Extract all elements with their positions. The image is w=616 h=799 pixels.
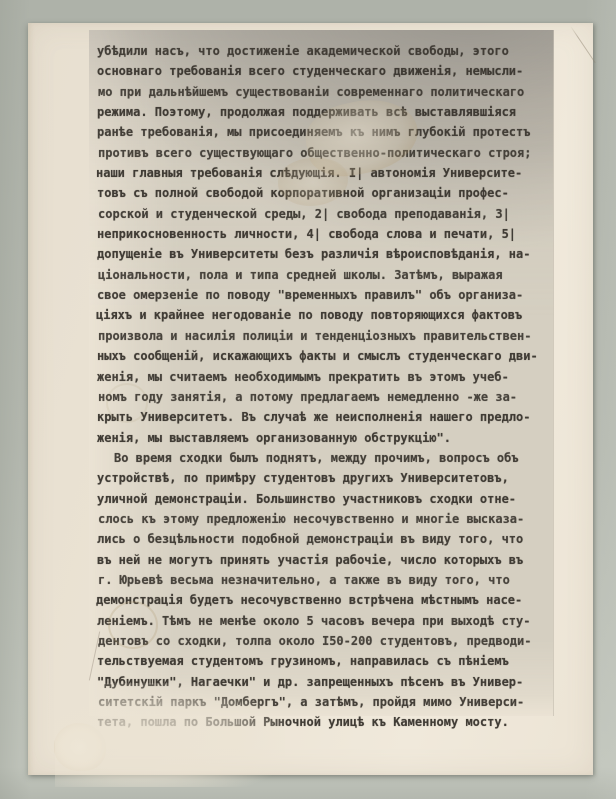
- text-line: г. Юрьевѣ весьма незначительно, а также …: [98, 570, 549, 590]
- text-line: женія, мы считаемъ необходимымъ прекрати…: [97, 367, 549, 387]
- text-line: свое омерзеніе по поводу "временныхъ пра…: [97, 285, 549, 305]
- text-line: Во время сходки былъ поднятъ, между проч…: [96, 448, 549, 468]
- text-line: убѣдили насъ, что достиженіе академическ…: [97, 41, 549, 61]
- text-line: лись о безцѣльности подобной демонстраці…: [97, 529, 549, 549]
- text-line: сорской и студенческой среды, 2| свобода…: [98, 204, 549, 224]
- text-line: "Дубинушки", Нагаечки" и др. запрещенных…: [97, 672, 549, 692]
- text-line: женія, мы выставляемъ организованную обс…: [97, 428, 549, 448]
- text-line: неприкосновенность личности, 4| свобода …: [97, 224, 549, 244]
- text-line: устройствѣ, по примѣру студентовъ других…: [97, 468, 549, 488]
- text-line: слось къ этому предложенію несочувственн…: [98, 509, 549, 529]
- ring-stain-faint: [106, 383, 148, 423]
- blotch-stain: [54, 723, 106, 771]
- text-line: демонстрація будетъ несочувственно встрѣ…: [96, 590, 549, 610]
- text-line: ціональности, пола и типа средней школы.…: [98, 265, 549, 285]
- text-line: допущеніе въ Университеты безъ различія …: [97, 244, 549, 264]
- text-line: ныхъ сообщеній, искажающихъ факты и смыс…: [97, 346, 549, 366]
- document-page: убѣдили насъ, что достиженіе академическ…: [28, 23, 593, 775]
- text-line: основнаго требованія всего студенческаго…: [97, 61, 549, 81]
- photo-backdrop: убѣдили насъ, что достиженіе академическ…: [0, 0, 616, 799]
- text-line: въ ней не могутъ принять участія рабочіе…: [97, 550, 549, 570]
- text-line: мо при дальнѣйшемъ существованіи совреме…: [98, 82, 549, 102]
- text-line: тета, пошла по Большой Рыночной улицѣ къ…: [97, 712, 549, 732]
- text-line: номъ году занятія, а потому предлагаемъ …: [98, 387, 549, 407]
- text-line: ситетскій паркъ "Домбергъ", а затѣмъ, пр…: [98, 692, 549, 712]
- text-line: леніемъ. Тѣмъ не менѣе около 5 часовъ ве…: [97, 611, 549, 631]
- text-line: тельствуемая студентомъ грузиномъ, напра…: [97, 651, 549, 671]
- ring-stain: [108, 601, 158, 649]
- text-line: ціяхъ и крайнее негодованіе по поводу по…: [96, 305, 549, 325]
- text-line: крыть Университетъ. Въ случаѣ же неиспол…: [97, 407, 549, 427]
- text-line: уличной демонстраціи. Большинство участн…: [97, 489, 549, 509]
- corner-crease-line: [570, 26, 595, 63]
- text-line: дентовъ со сходки, толпа около I50-200 с…: [98, 631, 549, 651]
- text-line: произвола и насилія полиціи и тенденціоз…: [98, 326, 549, 346]
